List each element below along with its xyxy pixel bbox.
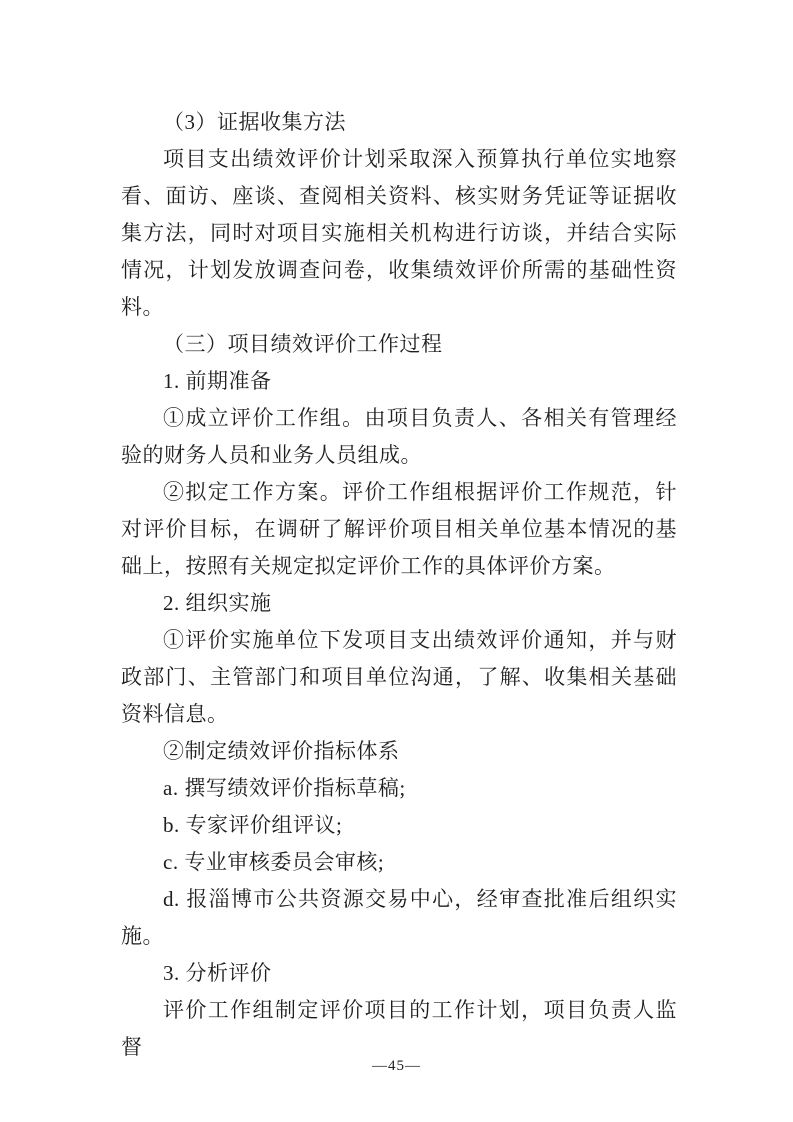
section-heading-evidence-collection: （3）证据收集方法 [121, 104, 677, 141]
paragraph-issue-evaluation-notice: ①评价实施单位下发项目支出绩效评价通知，并与财政部门、主管部门和项目单位沟通，了… [121, 622, 677, 733]
list-item-expert-review: b. 专家评价组评议; [121, 807, 677, 844]
list-item-draft-indicators: a. 撰写绩效评价指标草稿; [121, 770, 677, 807]
paragraph-work-plan-supervision: 评价工作组制定评价项目的工作计划，项目负责人监督 [121, 992, 677, 1066]
paragraph-establish-work-group: ①成立评价工作组。由项目负责人、各相关有管理经验的财务人员和业务人员组成。 [121, 400, 677, 474]
paragraph-create-indicator-system: ②制定绩效评价指标体系 [121, 733, 677, 770]
subsection-heading-analysis-evaluation: 3. 分析评价 [121, 955, 677, 992]
page-number: —45— [0, 1058, 793, 1075]
section-heading-evaluation-work-process: （三）项目绩效评价工作过程 [121, 326, 677, 363]
paragraph-evidence-collection-detail: 项目支出绩效评价计划采取深入预算执行单位实地察看、面访、座谈、查阅相关资料、核实… [121, 141, 677, 326]
subsection-heading-preparation: 1. 前期准备 [121, 363, 677, 400]
paragraph-draft-work-plan: ②拟定工作方案。评价工作组根据评价工作规范，针对评价目标，在调研了解评价项目相关… [121, 474, 677, 585]
list-item-committee-audit: c. 专业审核委员会审核; [121, 844, 677, 881]
document-body: （3）证据收集方法 项目支出绩效评价计划采取深入预算执行单位实地察看、面访、座谈… [121, 104, 677, 1066]
list-item-report-trading-center: d. 报淄博市公共资源交易中心，经审查批准后组织实施。 [121, 881, 677, 955]
subsection-heading-organize-implementation: 2. 组织实施 [121, 585, 677, 622]
document-page: （3）证据收集方法 项目支出绩效评价计划采取深入预算执行单位实地察看、面访、座谈… [0, 0, 793, 1122]
